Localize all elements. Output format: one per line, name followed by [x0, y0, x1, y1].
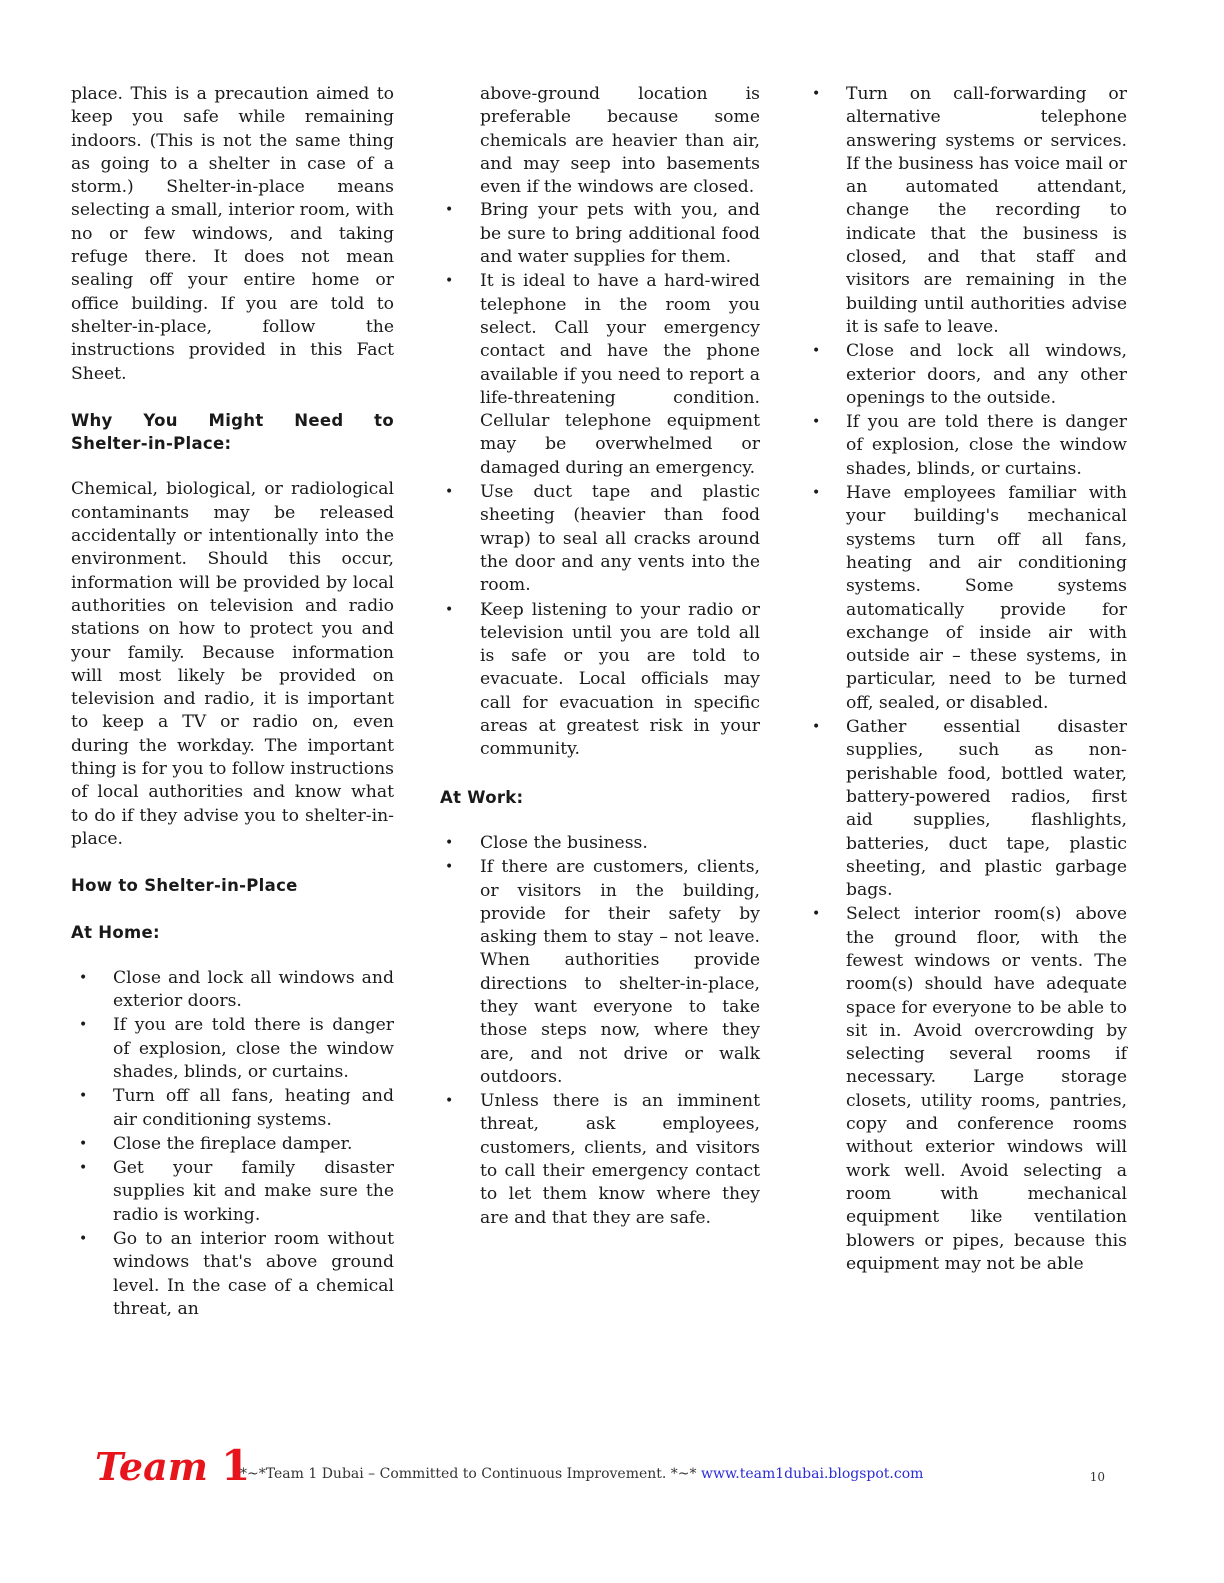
at-work-list: •Close the business. •If there are custo… — [440, 832, 760, 1230]
at-home-heading: At Home: — [71, 921, 394, 944]
list-item: •Gather essential disaster supplies, suc… — [808, 716, 1127, 902]
footer-tagline: *~*Team 1 Dubai – Committed to Continuou… — [240, 1466, 923, 1482]
blog-link[interactable]: www.team1dubai.blogspot.com — [701, 1466, 923, 1482]
page-footer: Team 1 *~*Team 1 Dubai – Committed to Co… — [95, 1444, 1135, 1494]
bullet-icon: • — [445, 599, 453, 622]
bullet-icon: • — [445, 856, 453, 879]
bullet-icon: • — [445, 481, 453, 504]
list-item-continuation: above-ground location is preferable beca… — [440, 83, 760, 199]
bullet-icon: • — [812, 482, 820, 505]
list-item: •Unless there is an imminent threat, ask… — [440, 1090, 760, 1230]
list-item: •Get your family disaster supplies kit a… — [71, 1157, 394, 1227]
bullet-icon: • — [79, 1014, 87, 1037]
list-item: •Close and lock all windows and exterior… — [71, 967, 394, 1014]
bullet-icon: • — [812, 716, 820, 739]
list-item: •Bring your pets with you, and be sure t… — [440, 199, 760, 269]
bullet-icon: • — [79, 1133, 87, 1156]
why-paragraph: Chemical, biological, or radiological co… — [71, 478, 394, 851]
bullet-icon: • — [79, 1085, 87, 1108]
list-item: •Go to an interior room without windows … — [71, 1228, 394, 1321]
list-item: •If you are told there is danger of expl… — [71, 1014, 394, 1084]
column-2: above-ground location is preferable beca… — [440, 83, 760, 1231]
bullet-icon: • — [812, 411, 820, 434]
list-item: •Keep listening to your radio or televis… — [440, 599, 760, 762]
bullet-icon: • — [445, 270, 453, 293]
list-item: •If there are customers, clients, or vis… — [440, 856, 760, 1089]
bullet-icon: • — [445, 199, 453, 222]
team1-logo: Team 1 — [95, 1444, 250, 1489]
bullet-icon: • — [79, 967, 87, 990]
column-3: •Turn on call-forwarding or alternative … — [808, 83, 1127, 1277]
bullet-icon: • — [812, 340, 820, 363]
list-item: •If you are told there is danger of expl… — [808, 411, 1127, 481]
list-item: •Have employees familiar with your build… — [808, 482, 1127, 715]
why-heading: Why You Might Need to Shelter-in-Place: — [71, 409, 394, 456]
at-home-list: •Close and lock all windows and exterior… — [71, 967, 394, 1321]
bullet-icon: • — [79, 1157, 87, 1180]
how-heading: How to Shelter-in-Place — [71, 874, 394, 897]
bullet-icon: • — [79, 1228, 87, 1251]
list-item: •Turn off all fans, heating and air cond… — [71, 1085, 394, 1132]
list-item: •Close and lock all windows, exterior do… — [808, 340, 1127, 410]
page-number: 10 — [1090, 1470, 1105, 1484]
bullet-icon: • — [445, 832, 453, 855]
list-item: •Select interior room(s) above the groun… — [808, 903, 1127, 1276]
list-item: •Close the business. — [440, 832, 760, 855]
list-item: •It is ideal to have a hard-wired teleph… — [440, 270, 760, 480]
list-item: •Turn on call-forwarding or alternative … — [808, 83, 1127, 339]
list-item: •Close the fireplace damper. — [71, 1133, 394, 1156]
intro-paragraph: place. This is a precaution aimed to kee… — [71, 83, 394, 386]
at-work-heading: At Work: — [440, 786, 760, 809]
bullet-icon: • — [812, 83, 820, 106]
list-item: •Use duct tape and plastic sheeting (hea… — [440, 481, 760, 597]
at-work-list-continued: •Turn on call-forwarding or alternative … — [808, 83, 1127, 1276]
column-1: place. This is a precaution aimed to kee… — [71, 83, 394, 1322]
bullet-icon: • — [812, 903, 820, 926]
at-home-list-continued: •Bring your pets with you, and be sure t… — [440, 199, 760, 761]
bullet-icon: • — [445, 1090, 453, 1113]
